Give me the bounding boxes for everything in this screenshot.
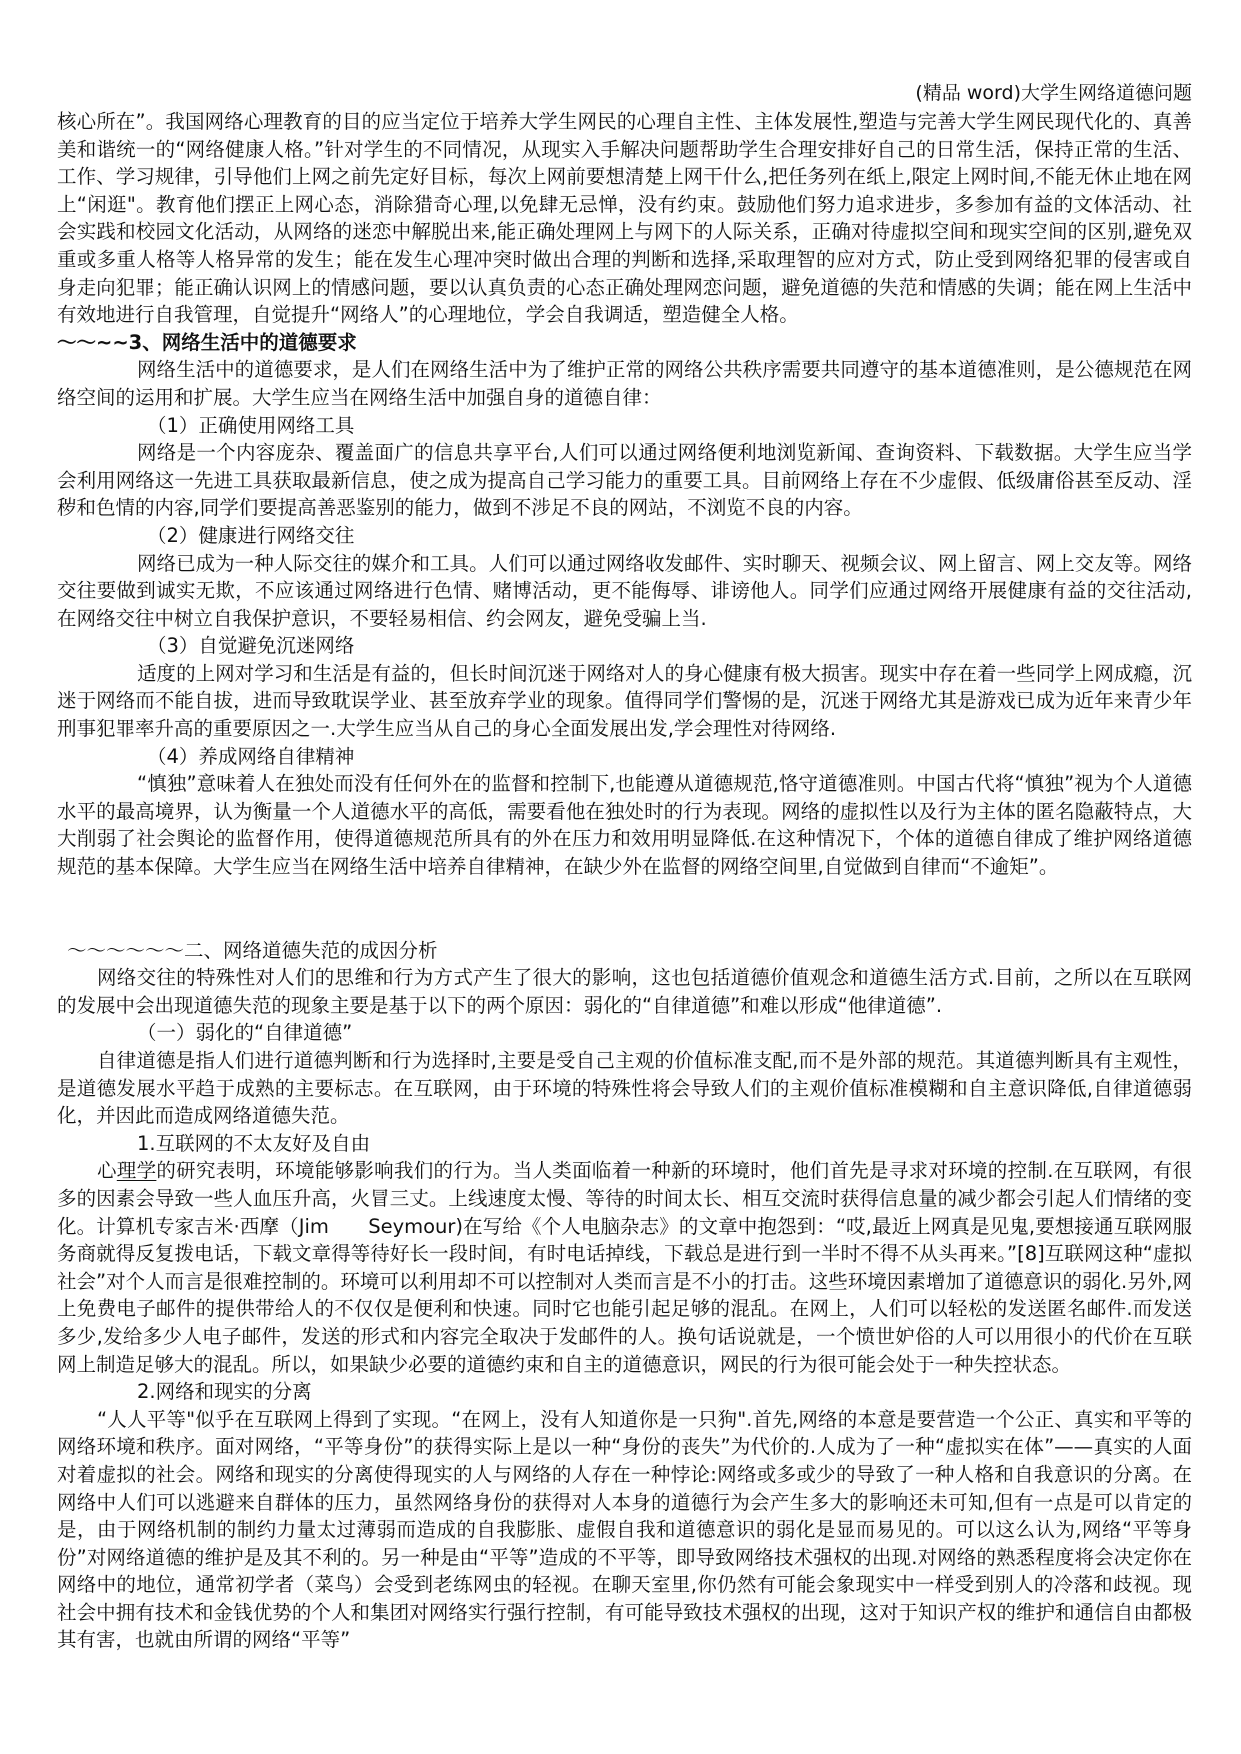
document-header: (精品 word)大学生网络道德问题 [57,80,1192,106]
section-gap [57,881,1192,937]
paragraph-moral-requirements: 网络生活中的道德要求，是人们在网络生活中为了维护正常的网络公共秩序需要共同遵守的… [57,356,1192,411]
heading-cause1: （一）弱化的“自律道德” [57,1019,1192,1047]
heading-item2: （2）健康进行网络交往 [57,522,1192,550]
paragraph-sub1: 心理学的研究表明，环境能够影响我们的行为。当人类面临着一种新的环境时，他们首先是… [57,1157,1192,1378]
paragraph-cause1: 自律道德是指人们进行道德判断和行为选择时,主要是受自己主观的价值标准支配,而不是… [57,1047,1192,1130]
heading-item4: （4）养成网络自律精神 [57,743,1192,771]
heading-sub1-internet-freedom: 1.互联网的不太友好及自由 [57,1130,1192,1158]
paragraph-item2: 网络已成为一种人际交往的媒介和工具。人们可以通过网络收发邮件、实时聊天、视频会议… [57,550,1192,633]
heading-item3: （3）自觉避免沉迷网络 [57,632,1192,660]
heading-section3: ～～~~3、网络生活中的道德要求 [57,329,1192,357]
paragraph-item3: 适度的上网对学习和生活是有益的，但长时间沉迷于网络对人的身心健康有极大损害。现实… [57,660,1192,743]
paragraph-item4: “慎独”意味着人在独处而没有任何外在的监督和控制下,也能遵从道德规范,恪守道德准… [57,770,1192,880]
paragraph-item1: 网络是一个内容庞杂、覆盖面广的信息共享平台,人们可以通过网络便利地浏览新闻、查询… [57,439,1192,522]
heading-sub2-net-reality-separation: 2.网络和现实的分离 [57,1378,1192,1406]
paragraph-sub1-rest: 的研究表明，环境能够影响我们的行为。当人类面临着一种新的环境时，他们首先是寻求对… [57,1159,1192,1375]
heading-item1: （1）正确使用网络工具 [57,412,1192,440]
paragraph-sub1-underlined-text: 理学 [117,1159,157,1182]
paragraph-sub2: “人人平等"似乎在互联网上得到了实现。“在网上，没有人知道你是一只狗".首先,网… [57,1406,1192,1654]
paragraph-intro: 核心所在”。我国网络心理教育的目的应当定位于培养大学生网民的心理自主性、主体发展… [57,108,1192,329]
heading-section2-causes: ～～～～～～二、网络道德失范的成因分析 [57,937,1192,965]
paragraph-cause-intro: 网络交往的特殊性对人们的思维和行为方式产生了很大的影响，这也包括道德价值观念和道… [57,964,1192,1019]
document-page: (精品 word)大学生网络道德问题 核心所在”。我国网络心理教育的目的应当定位… [0,0,1241,1754]
paragraph-sub1-pre: 心 [97,1159,117,1182]
